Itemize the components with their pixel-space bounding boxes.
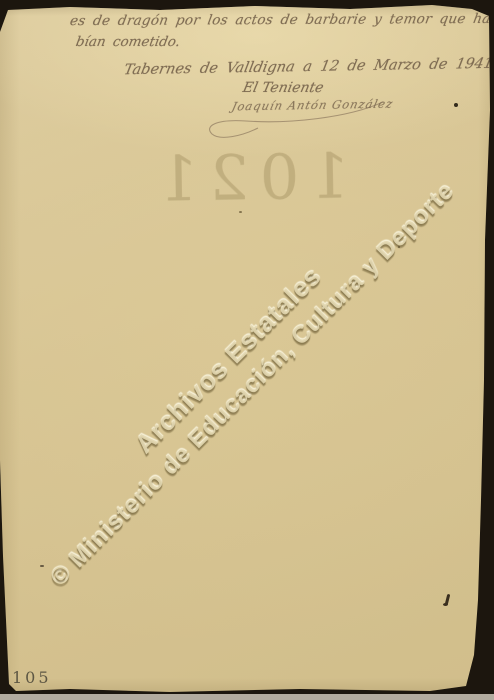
- ink-speck: [443, 603, 448, 606]
- handwritten-line-2: bían cometido.: [75, 34, 182, 50]
- scanner-bed-strip: [0, 694, 494, 700]
- document-scan: es de dragón por los actos de barbarie y…: [0, 0, 494, 700]
- ink-speck: [454, 103, 458, 107]
- ink-speck: [239, 211, 242, 213]
- paper-page: es de dragón por los actos de barbarie y…: [0, 0, 494, 700]
- bleedthrough-number: 1021: [147, 139, 350, 216]
- handwritten-line-1: es de dragón por los actos de barbarie y…: [69, 11, 494, 29]
- ink-speck: [40, 565, 44, 567]
- signature-flourish: [198, 94, 393, 144]
- watermark-line-ministerio: © Ministerio de Educación, Cultura y Dep…: [24, 156, 482, 614]
- ink-speck: [1, 677, 4, 680]
- ink-speck: [398, 246, 400, 248]
- page-number-stamp: 105: [12, 668, 52, 687]
- handwritten-dateline: Tabernes de Valldigna a 12 de Marzo de 1…: [122, 56, 494, 78]
